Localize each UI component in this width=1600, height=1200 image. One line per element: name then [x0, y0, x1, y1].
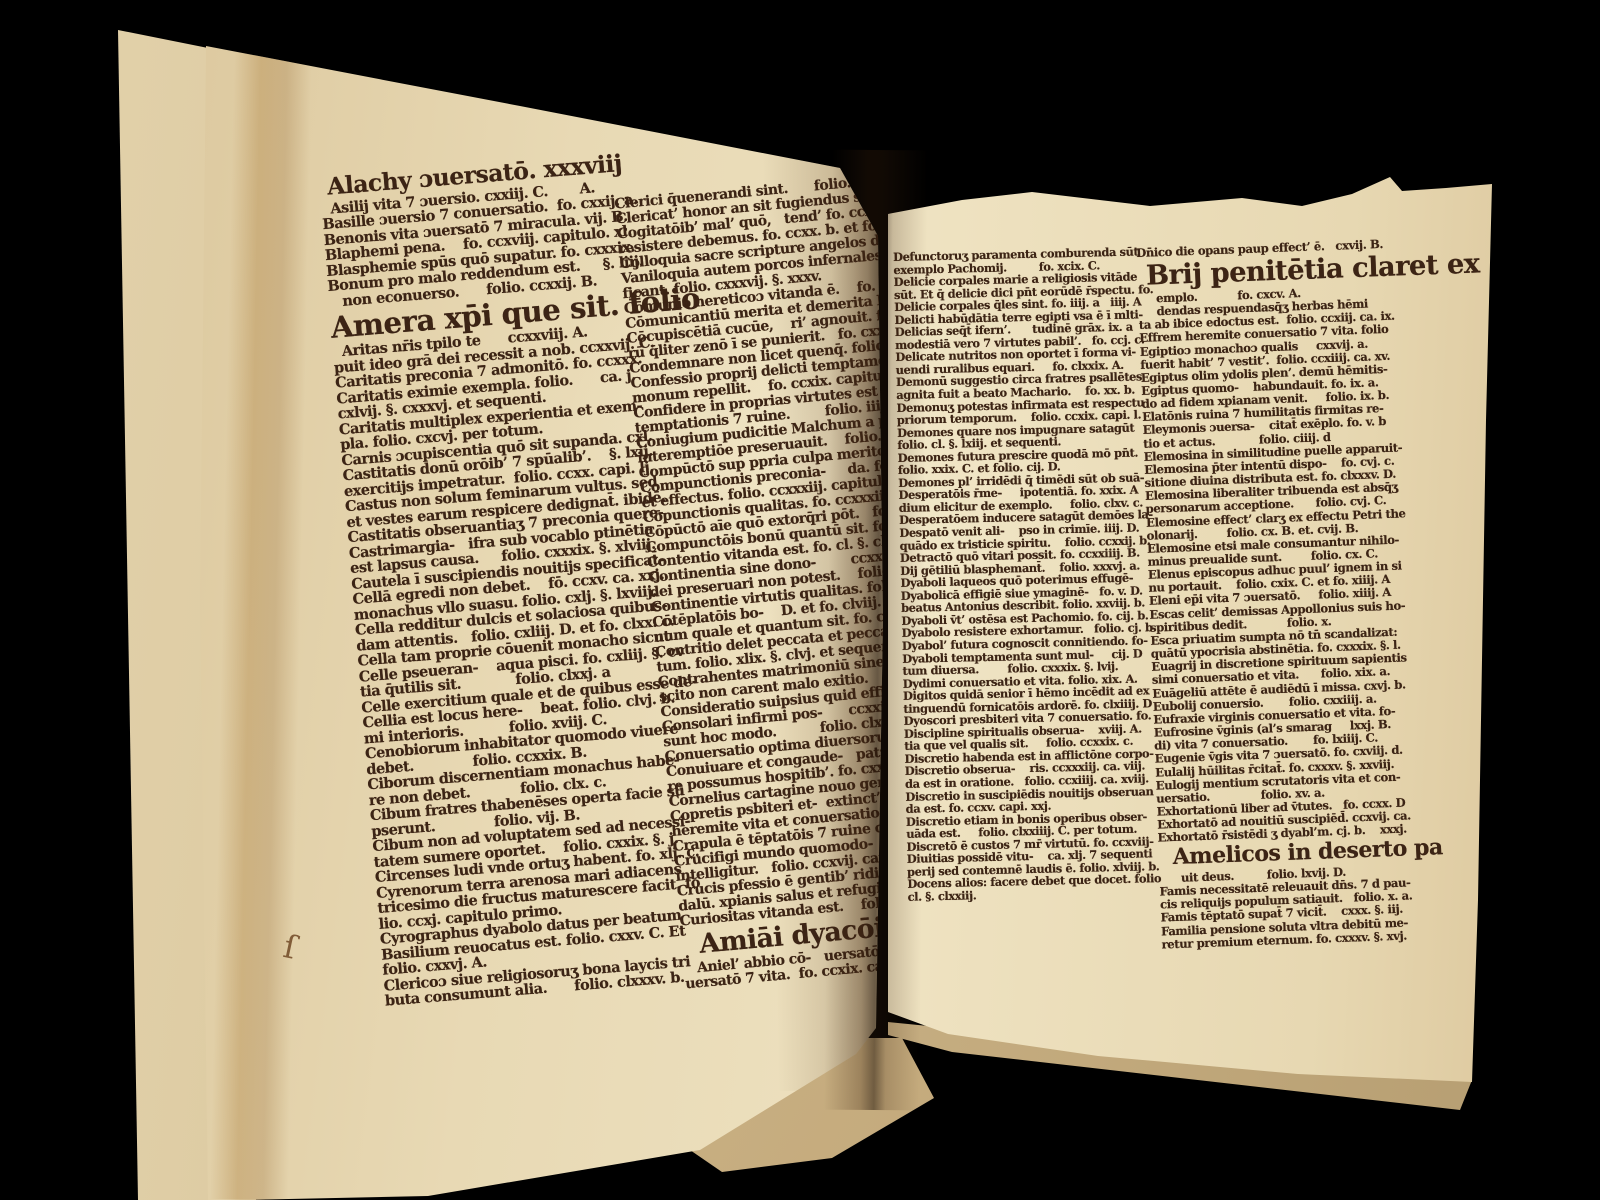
right-page-column-1: Defunctoruʒ paramenta comburenda sūtexem… [893, 245, 1162, 903]
book-gutter-shadow [824, 150, 928, 1111]
left-page-stain [210, 51, 312, 1200]
right-page-column-2: Dn̄ico die opans paup effect’ ē. cxvij. … [1136, 237, 1426, 951]
book-photo: Alachy ɔuersatō. xxxviij Asilij vita 7 ɔ… [0, 0, 1600, 1200]
